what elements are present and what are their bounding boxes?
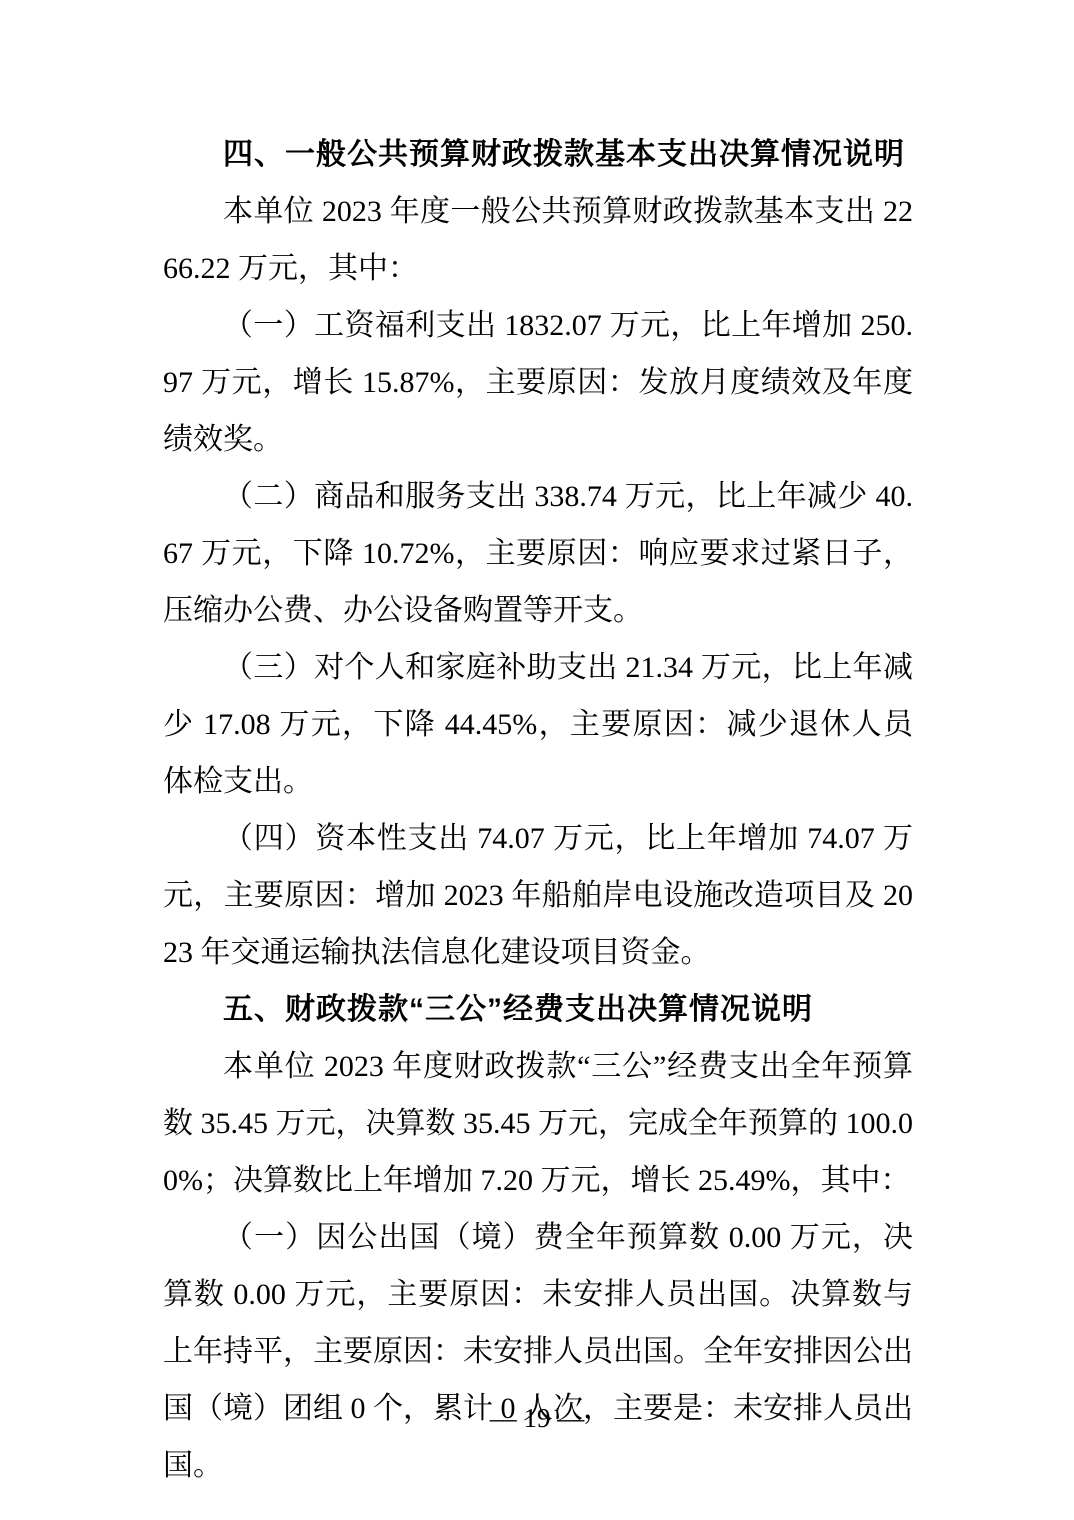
paragraph-basic-expenditure-total: 本单位 2023 年度一般公共预算财政拨款基本支出 2266.22 万元，其中： bbox=[163, 183, 913, 297]
paragraph-individual-family-subsidy-expenditure: （三）对个人和家庭补助支出 21.34 万元，比上年减少 17.08 万元，下降… bbox=[163, 639, 913, 810]
section-heading-general-public-budget-basic-expenditure: 四、一般公共预算财政拨款基本支出决算情况说明 bbox=[163, 126, 913, 183]
paragraph-salary-welfare-expenditure: （一）工资福利支出 1832.07 万元，比上年增加 250.97 万元，增长 … bbox=[163, 297, 913, 468]
paragraph-goods-services-expenditure: （二）商品和服务支出 338.74 万元，比上年减少 40.67 万元，下降 1… bbox=[163, 468, 913, 639]
paragraph-three-public-funds-overview: 本单位 2023 年度财政拨款“三公”经费支出全年预算数 35.45 万元，决算… bbox=[163, 1038, 913, 1209]
page-number: — 19 — bbox=[490, 1403, 585, 1433]
section-heading-three-public-funds: 五、财政拨款“三公”经费支出决算情况说明 bbox=[163, 981, 913, 1038]
document-body: 四、一般公共预算财政拨款基本支出决算情况说明 本单位 2023 年度一般公共预算… bbox=[163, 126, 913, 1494]
page-footer: — 19 — bbox=[0, 1398, 1074, 1438]
paragraph-overseas-travel-expense: （一）因公出国（境）费全年预算数 0.00 万元，决算数 0.00 万元，主要原… bbox=[163, 1209, 913, 1494]
document-page: 四、一般公共预算财政拨款基本支出决算情况说明 本单位 2023 年度一般公共预算… bbox=[0, 0, 1074, 1520]
paragraph-capital-expenditure: （四）资本性支出 74.07 万元，比上年增加 74.07 万元，主要原因：增加… bbox=[163, 810, 913, 981]
